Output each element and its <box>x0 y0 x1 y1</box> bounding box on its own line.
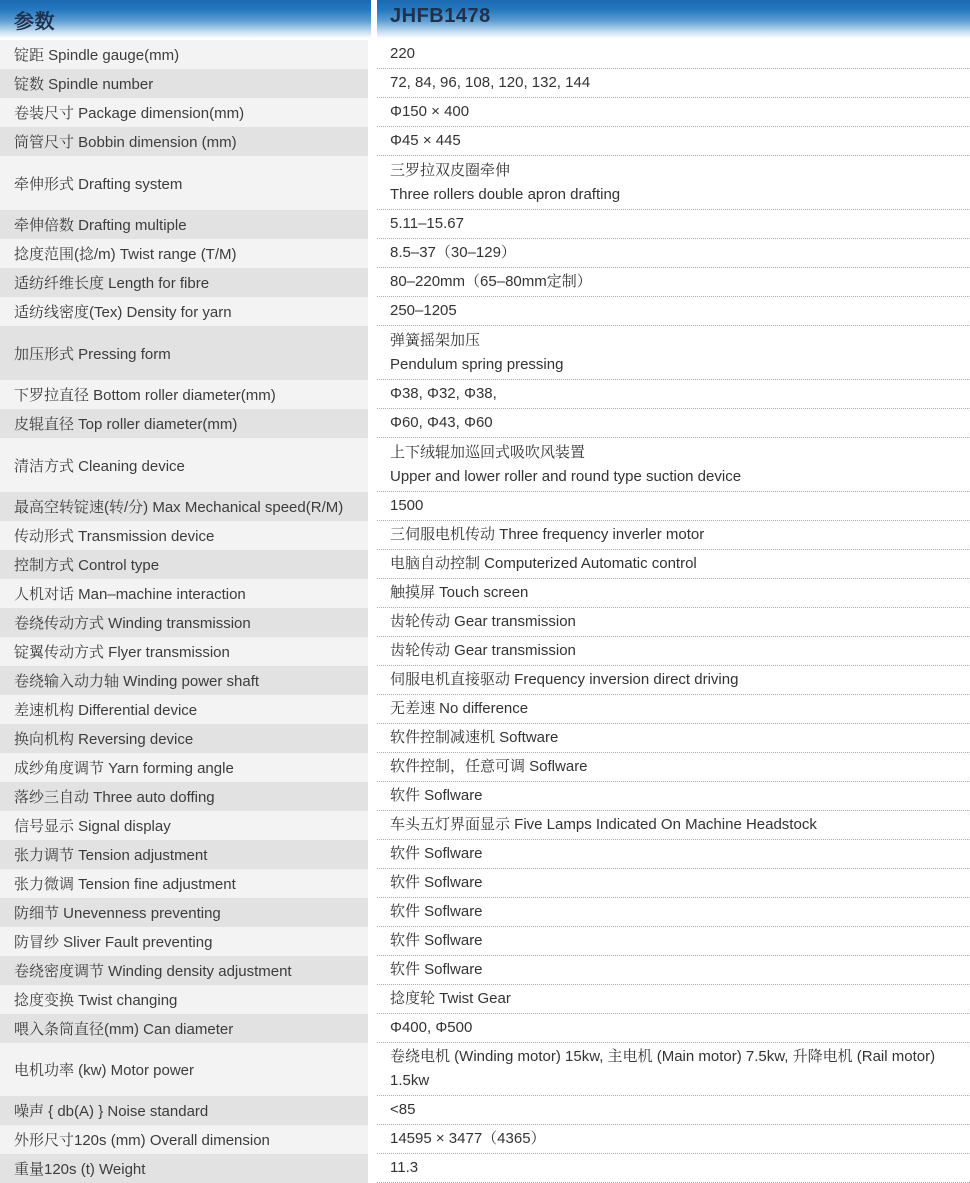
param-label: 清洁方式 Cleaning device <box>0 438 368 492</box>
param-value-cell: 220 <box>377 40 970 69</box>
param-value: Φ60, Φ43, Φ60 <box>390 411 962 435</box>
param-header-title: 参数 <box>14 5 55 34</box>
param-value: 14595 × 3477（4365） <box>390 1127 962 1151</box>
table-row: 牵伸形式 Drafting system 三罗拉双皮圈牵伸 Three roll… <box>0 156 970 210</box>
param-label: 卷绕传动方式 Winding transmission <box>0 608 368 637</box>
table-row: 下罗拉直径 Bottom roller diameter(mm) Φ38, Φ3… <box>0 380 970 409</box>
param-value: 三罗拉双皮圈牵伸 <box>390 159 962 183</box>
param-label: 重量120s (t) Weight <box>0 1154 368 1183</box>
table-row: 捻度范围(捻/m) Twist range (T/M) 8.5–37（30–12… <box>0 239 970 268</box>
param-value-en: Pendulum spring pressing <box>390 353 962 377</box>
table-header: 参数 JHFB1478 <box>0 0 970 40</box>
param-value: 上下绒辊加巡回式吸吹风装置 <box>390 441 962 465</box>
param-value: Φ150 × 400 <box>390 100 962 124</box>
table-row: 最高空转锭速(转/分) Max Mechanical speed(R/M) 15… <box>0 492 970 521</box>
param-value-cell: 软件 Soflware <box>377 869 970 898</box>
table-row: 加压形式 Pressing form 弹簧摇架加压 Pendulum sprin… <box>0 326 970 380</box>
table-row: 清洁方式 Cleaning device 上下绒辊加巡回式吸吹风装置 Upper… <box>0 438 970 492</box>
param-label: 噪声 { db(A) } Noise standard <box>0 1096 368 1125</box>
table-row: 人机对话 Man–machine interaction 触摸屏 Touch s… <box>0 579 970 608</box>
param-value-cell: Φ38, Φ32, Φ38, <box>377 380 970 409</box>
table-row: 筒管尺寸 Bobbin dimension (mm) Φ45 × 445 <box>0 127 970 156</box>
param-value: 5.11–15.67 <box>390 212 962 236</box>
table-row: 重量120s (t) Weight 11.3 <box>0 1154 970 1183</box>
param-label: 落纱三自动 Three auto doffing <box>0 782 368 811</box>
param-label: 控制方式 Control type <box>0 550 368 579</box>
param-value-cell: Φ150 × 400 <box>377 98 970 127</box>
param-value-cell: 卷绕电机 (Winding motor) 15kw, 主电机 (Main mot… <box>377 1043 970 1096</box>
table-row: 差速机构 Differential device 无差速 No differen… <box>0 695 970 724</box>
param-value-cell: 软件 Soflware <box>377 898 970 927</box>
table-row: 皮辊直径 Top roller diameter(mm) Φ60, Φ43, Φ… <box>0 409 970 438</box>
param-label: 皮辊直径 Top roller diameter(mm) <box>0 409 368 438</box>
param-value-cell: 三伺服电机传动 Three frequency inverler motor <box>377 521 970 550</box>
param-value: 11.3 <box>390 1156 962 1180</box>
param-value-cell: 8.5–37（30–129） <box>377 239 970 268</box>
param-label: 适纺纤维长度 Length for fibre <box>0 268 368 297</box>
param-label: 防细节 Unevenness preventing <box>0 898 368 927</box>
table-row: 防细节 Unevenness preventing 软件 Soflware <box>0 898 970 927</box>
param-value: 1500 <box>390 494 962 518</box>
param-value: Φ45 × 445 <box>390 129 962 153</box>
param-value-cell: 电脑自动控制 Computerized Automatic control <box>377 550 970 579</box>
table-row: 成纱角度调节 Yarn forming angle 软件控制，任意可调 Sofl… <box>0 753 970 782</box>
param-label: 下罗拉直径 Bottom roller diameter(mm) <box>0 380 368 409</box>
table-row: 信号显示 Signal display 车头五灯界面显示 Five Lamps … <box>0 811 970 840</box>
param-value: 250–1205 <box>390 299 962 323</box>
param-value: 软件 Soflware <box>390 958 962 982</box>
table-row: 外形尺寸120s (mm) Overall dimension 14595 × … <box>0 1125 970 1154</box>
param-value-cell: 5.11–15.67 <box>377 210 970 239</box>
model-number: JHFB1478 <box>390 5 491 28</box>
param-value-cell: 齿轮传动 Gear transmission <box>377 608 970 637</box>
param-value: Φ400, Φ500 <box>390 1016 962 1040</box>
param-label: 捻度范围(捻/m) Twist range (T/M) <box>0 239 368 268</box>
table-row: 牵伸倍数 Drafting multiple 5.11–15.67 <box>0 210 970 239</box>
param-value: 三伺服电机传动 Three frequency inverler motor <box>390 523 962 547</box>
param-value-cell: 软件控制，任意可调 Soflware <box>377 753 970 782</box>
param-value-cell: 软件 Soflware <box>377 956 970 985</box>
param-value-en: Three rollers double apron drafting <box>390 183 962 207</box>
param-label: 喂入条筒直径(mm) Can diameter <box>0 1014 368 1043</box>
param-label: 锭数 Spindle number <box>0 69 368 98</box>
param-value: 软件 Soflware <box>390 842 962 866</box>
param-value-cell: 无差速 No difference <box>377 695 970 724</box>
param-label: 锭翼传动方式 Flyer transmission <box>0 637 368 666</box>
param-value-cell: 捻度轮 Twist Gear <box>377 985 970 1014</box>
param-value: 卷绕电机 (Winding motor) 15kw, 主电机 (Main mot… <box>390 1045 962 1093</box>
table-row: 锭距 Spindle gauge(mm) 220 <box>0 40 970 69</box>
table-row: 张力微调 Tension fine adjustment 软件 Soflware <box>0 869 970 898</box>
param-value-cell: 三罗拉双皮圈牵伸 Three rollers double apron draf… <box>377 156 970 210</box>
param-label: 卷装尺寸 Package dimension(mm) <box>0 98 368 127</box>
table-row: 锭数 Spindle number 72, 84, 96, 108, 120, … <box>0 69 970 98</box>
table-row: 噪声 { db(A) } Noise standard <85 <box>0 1096 970 1125</box>
table-row: 卷绕输入动力轴 Winding power shaft 伺服电机直接驱动 Fre… <box>0 666 970 695</box>
spec-table: 参数 JHFB1478 锭距 Spindle gauge(mm) 220 锭数 … <box>0 0 970 1183</box>
param-value-cell: Φ60, Φ43, Φ60 <box>377 409 970 438</box>
param-value: 捻度轮 Twist Gear <box>390 987 962 1011</box>
table-row: 卷装尺寸 Package dimension(mm) Φ150 × 400 <box>0 98 970 127</box>
table-row: 电机功率 (kw) Motor power 卷绕电机 (Winding moto… <box>0 1043 970 1096</box>
param-label: 传动形式 Transmission device <box>0 521 368 550</box>
param-value-cell: 齿轮传动 Gear transmission <box>377 637 970 666</box>
param-value-cell: 软件控制减速机 Software <box>377 724 970 753</box>
spec-table-body: 锭距 Spindle gauge(mm) 220 锭数 Spindle numb… <box>0 40 970 1183</box>
param-label: 外形尺寸120s (mm) Overall dimension <box>0 1125 368 1154</box>
param-label: 人机对话 Man–machine interaction <box>0 579 368 608</box>
param-value-cell: 软件 Soflware <box>377 840 970 869</box>
param-label: 卷绕密度调节 Winding density adjustment <box>0 956 368 985</box>
table-row: 传动形式 Transmission device 三伺服电机传动 Three f… <box>0 521 970 550</box>
param-value: 齿轮传动 Gear transmission <box>390 639 962 663</box>
param-value: <85 <box>390 1098 962 1122</box>
param-value-cell: Φ45 × 445 <box>377 127 970 156</box>
param-value: 触摸屏 Touch screen <box>390 581 962 605</box>
param-value: 软件 Soflware <box>390 784 962 808</box>
param-value-cell: 弹簧摇架加压 Pendulum spring pressing <box>377 326 970 380</box>
table-row: 适纺纤维长度 Length for fibre 80–220mm（65–80mm… <box>0 268 970 297</box>
table-row: 捻度变换 Twist changing 捻度轮 Twist Gear <box>0 985 970 1014</box>
param-header-cell: 参数 <box>0 0 371 40</box>
param-label: 张力微调 Tension fine adjustment <box>0 869 368 898</box>
table-row: 张力调节 Tension adjustment 软件 Soflware <box>0 840 970 869</box>
param-value: 车头五灯界面显示 Five Lamps Indicated On Machine… <box>390 813 962 837</box>
table-row: 锭翼传动方式 Flyer transmission 齿轮传动 Gear tran… <box>0 637 970 666</box>
param-label: 差速机构 Differential device <box>0 695 368 724</box>
param-value: 软件控制减速机 Software <box>390 726 962 750</box>
param-value: 弹簧摇架加压 <box>390 329 962 353</box>
param-value-cell: 80–220mm（65–80mm定制） <box>377 268 970 297</box>
table-row: 控制方式 Control type 电脑自动控制 Computerized Au… <box>0 550 970 579</box>
param-value-cell: 上下绒辊加巡回式吸吹风装置 Upper and lower roller and… <box>377 438 970 492</box>
param-label: 加压形式 Pressing form <box>0 326 368 380</box>
param-value-cell: 车头五灯界面显示 Five Lamps Indicated On Machine… <box>377 811 970 840</box>
param-label: 防冒纱 Sliver Fault preventing <box>0 927 368 956</box>
param-value-cell: 触摸屏 Touch screen <box>377 579 970 608</box>
model-header-cell: JHFB1478 <box>377 0 970 40</box>
param-value-cell: 软件 Soflware <box>377 782 970 811</box>
param-value-cell: 14595 × 3477（4365） <box>377 1125 970 1154</box>
param-value-en: Upper and lower roller and round type su… <box>390 465 962 489</box>
table-row: 适纺线密度(Tex) Density for yarn 250–1205 <box>0 297 970 326</box>
param-value: 220 <box>390 42 962 66</box>
table-row: 落纱三自动 Three auto doffing 软件 Soflware <box>0 782 970 811</box>
param-label: 最高空转锭速(转/分) Max Mechanical speed(R/M) <box>0 492 368 521</box>
param-value-cell: 软件 Soflware <box>377 927 970 956</box>
param-label: 锭距 Spindle gauge(mm) <box>0 40 368 69</box>
param-value: 软件 Soflware <box>390 871 962 895</box>
param-label: 张力调节 Tension adjustment <box>0 840 368 869</box>
param-label: 捻度变换 Twist changing <box>0 985 368 1014</box>
param-value: 无差速 No difference <box>390 697 962 721</box>
param-label: 成纱角度调节 Yarn forming angle <box>0 753 368 782</box>
param-label: 牵伸形式 Drafting system <box>0 156 368 210</box>
param-value: 软件控制，任意可调 Soflware <box>390 755 962 779</box>
table-row: 卷绕密度调节 Winding density adjustment 软件 Sof… <box>0 956 970 985</box>
table-row: 喂入条筒直径(mm) Can diameter Φ400, Φ500 <box>0 1014 970 1043</box>
param-label: 信号显示 Signal display <box>0 811 368 840</box>
param-value: 72, 84, 96, 108, 120, 132, 144 <box>390 71 962 95</box>
param-label: 换向机构 Reversing device <box>0 724 368 753</box>
param-value: 伺服电机直接驱动 Frequency inversion direct driv… <box>390 668 962 692</box>
param-value: 齿轮传动 Gear transmission <box>390 610 962 634</box>
param-value: 软件 Soflware <box>390 900 962 924</box>
table-row: 卷绕传动方式 Winding transmission 齿轮传动 Gear tr… <box>0 608 970 637</box>
param-label: 筒管尺寸 Bobbin dimension (mm) <box>0 127 368 156</box>
param-value: Φ38, Φ32, Φ38, <box>390 382 962 406</box>
param-value: 8.5–37（30–129） <box>390 241 962 265</box>
param-value: 软件 Soflware <box>390 929 962 953</box>
table-row: 换向机构 Reversing device 软件控制减速机 Software <box>0 724 970 753</box>
table-row: 防冒纱 Sliver Fault preventing 软件 Soflware <box>0 927 970 956</box>
param-value: 80–220mm（65–80mm定制） <box>390 270 962 294</box>
param-value: 电脑自动控制 Computerized Automatic control <box>390 552 962 576</box>
param-value-cell: 伺服电机直接驱动 Frequency inversion direct driv… <box>377 666 970 695</box>
param-label: 适纺线密度(Tex) Density for yarn <box>0 297 368 326</box>
param-label: 卷绕输入动力轴 Winding power shaft <box>0 666 368 695</box>
param-value-cell: 250–1205 <box>377 297 970 326</box>
param-value-cell: 11.3 <box>377 1154 970 1183</box>
param-label: 电机功率 (kw) Motor power <box>0 1043 368 1096</box>
param-value-cell: <85 <box>377 1096 970 1125</box>
param-value-cell: 72, 84, 96, 108, 120, 132, 144 <box>377 69 970 98</box>
param-value-cell: Φ400, Φ500 <box>377 1014 970 1043</box>
param-label: 牵伸倍数 Drafting multiple <box>0 210 368 239</box>
param-value-cell: 1500 <box>377 492 970 521</box>
